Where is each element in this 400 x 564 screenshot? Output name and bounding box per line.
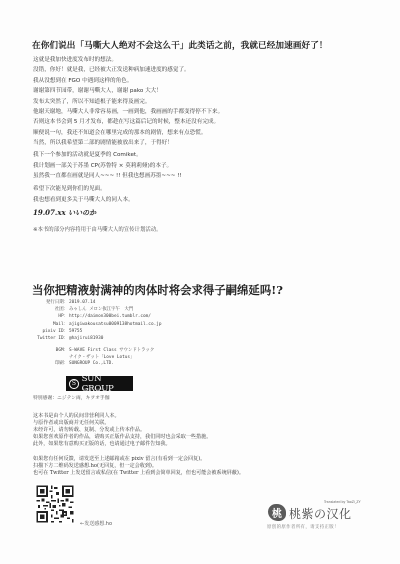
credits-row-printer: 印刷：SUNGROUP Co.,LTD. [30, 361, 154, 368]
credits-row-bgm: BGM：S-WAVE First Class サウンドトラック [30, 348, 154, 355]
colophon-row-twitter: Twitter ID：@hajirui81930 [30, 335, 162, 342]
colophon-row-mail: Mail：ajigiwakousatsu0009138hotmail.co.jp [30, 321, 162, 328]
qr-code-icon[interactable] [35, 484, 75, 524]
disclaimer-line: 如果您喜欢原作者的作品，请购买正版作品支持，我们同时也会采取一些措施。 [33, 434, 211, 441]
colophon-info: 発行日期：2019.07.14 社团：みゃしん メロン抜江宇午 大門 HP：ht… [30, 299, 162, 342]
afterword-line: 希望下次能见到你们的见面。 [33, 184, 134, 195]
afterword-line: 顺便说一句，我还不知道会在哪里完成的那本的剧情，想来有点恐慌。 [33, 128, 223, 138]
disclaimer-line: 未经许可，请勿转载、复制、分发或上传本作品。 [33, 427, 211, 434]
afterword-line: 发布太突然了，所以不知道根子能来得及画完。 [33, 97, 223, 107]
afterword-line: 我计划画一部关于苏墨 CP(苏鲁特 × 莫莉莉娅)的本子。 [33, 161, 182, 172]
colophon-row-circle: 社团：みゃしん メロン抜江宇午 大門 [30, 306, 162, 313]
translation-group-logo: 桃 Translated by TaoZi_ZY 桃紫の汉化 原创的原作者所有，… [264, 499, 384, 535]
translated-by: Translated by TaoZi_ZY [324, 500, 361, 504]
afterword-body: 这就是我加快进度发布时的想法。 没错，你好！就是我，已经被大正发送种病加速进度的… [33, 55, 223, 149]
contact-info: 如果您有任何反馈，请发送至上述邮箱或在 pixiv 留言(有看到一定会回复)。 … [33, 456, 244, 477]
colophon-row-homepage: HP：http://daimon300bei.tumblr.com/ [30, 313, 162, 320]
group-motto: 原创的原作者所有，请支持正版！ [267, 524, 339, 530]
group-name: 桃紫の汉化 [289, 505, 352, 522]
contact-line: 如果您有任何反馈，请发送至上述邮箱或在 pixiv 留言(有看到一定会回复)。 [33, 456, 244, 463]
afterword-line: 虽然我一直都在画就是同人~~~ !! 但我也想画苏墨~~~ !! [33, 171, 182, 182]
disclaimer-line: 这本书是由个人的民间非营利同人本。 [33, 413, 211, 420]
afterword-line: 没错，你好！就是我，已经被大正发送种病加速进度的感觉了。 [33, 65, 223, 75]
sungroup-logo: S SUN GROUP PRINTING COMPANY [66, 376, 133, 391]
afterword-line: 他谢天谢地，马嘶大人非常容易画，一画到他，我画画的手都变得停不下来。 [33, 107, 223, 117]
afterword-line: 这就是我加快进度发布时的想法。 [33, 55, 223, 65]
afterword-line: 我下一个参加的活动就是夏季的 Comiket。 [33, 150, 182, 161]
credits-info: BGM：S-WAVE First Class サウンドトラック ナイク・ザット「… [30, 348, 154, 368]
afterword-line: 我也想看到更多关于马嘶大人的同人本。 [33, 195, 134, 206]
translation-disclaimer: 这本书是由个人的民间非营利同人本。 与原作者或出版商并无任何关联。 未经许可，请… [33, 413, 211, 448]
sungroup-mark-icon: S [69, 379, 79, 389]
afterword-line: 当然，所以我希望第二部的剧情能被放出来了，于得好！ [33, 138, 223, 148]
afterword-footnote: ※本书的部分内容将用于由马嘶大人的宣传计划活动。 [33, 225, 162, 233]
afterword-headline: 在你们说出「马嘶大人绝对不会这么干」此类话之前，我就已经加速画好了！ [32, 39, 328, 51]
disclaimer-line: 与原作者或出版商并无任何关联。 [33, 420, 211, 427]
colophon-row-pixiv: pixiv ID：59755 [30, 328, 162, 335]
disclaimer-line: 此外，如果您有意购买正版的话，也请通过电子邮件告知我。 [33, 441, 211, 448]
author-signature: 19.07.xx いいのか [33, 208, 96, 218]
afterword-line: 我从没想到在 FGO 中遇到这样的角色。 [33, 76, 223, 86]
peach-seal-icon: 桃 [268, 504, 286, 521]
contact-line: 也可在 Twitter 上发送留言或私信(在 Twitter 上看到会简单回复，… [33, 470, 244, 477]
sungroup-subtext: PRINTING COMPANY [82, 389, 104, 391]
afterword-next-event: 我下一个参加的活动就是夏季的 Comiket。 我计划画一部关于苏墨 CP(苏鲁… [33, 150, 182, 182]
afterword-closing: 希望下次能见到你们的见面。 我也想看到更多关于马嘶大人的同人本。 [33, 184, 134, 205]
book-title: 当你把精液射满神的肉体时将会求得子嗣绵延吗!? [32, 282, 283, 298]
afterword-line: 否则这本书会到 5 月才发布，都趁在写这篇后记的时候，整本还没有完成。 [33, 117, 223, 127]
afterword-line: 谢谢第四节园带，谢谢马嘶大人，谢谢 pako 大大！ [33, 86, 223, 96]
colophon-row-date: 発行日期：2019.07.14 [30, 299, 162, 306]
special-thanks: 特别感谢：ニジテン両，キヲオ手伽 [33, 394, 110, 401]
contact-line: 扫描下方二维码发送感想.ho(无回复，但一定会收到)。 [33, 463, 244, 470]
qr-caption: ←发送感想.ho [80, 520, 112, 527]
